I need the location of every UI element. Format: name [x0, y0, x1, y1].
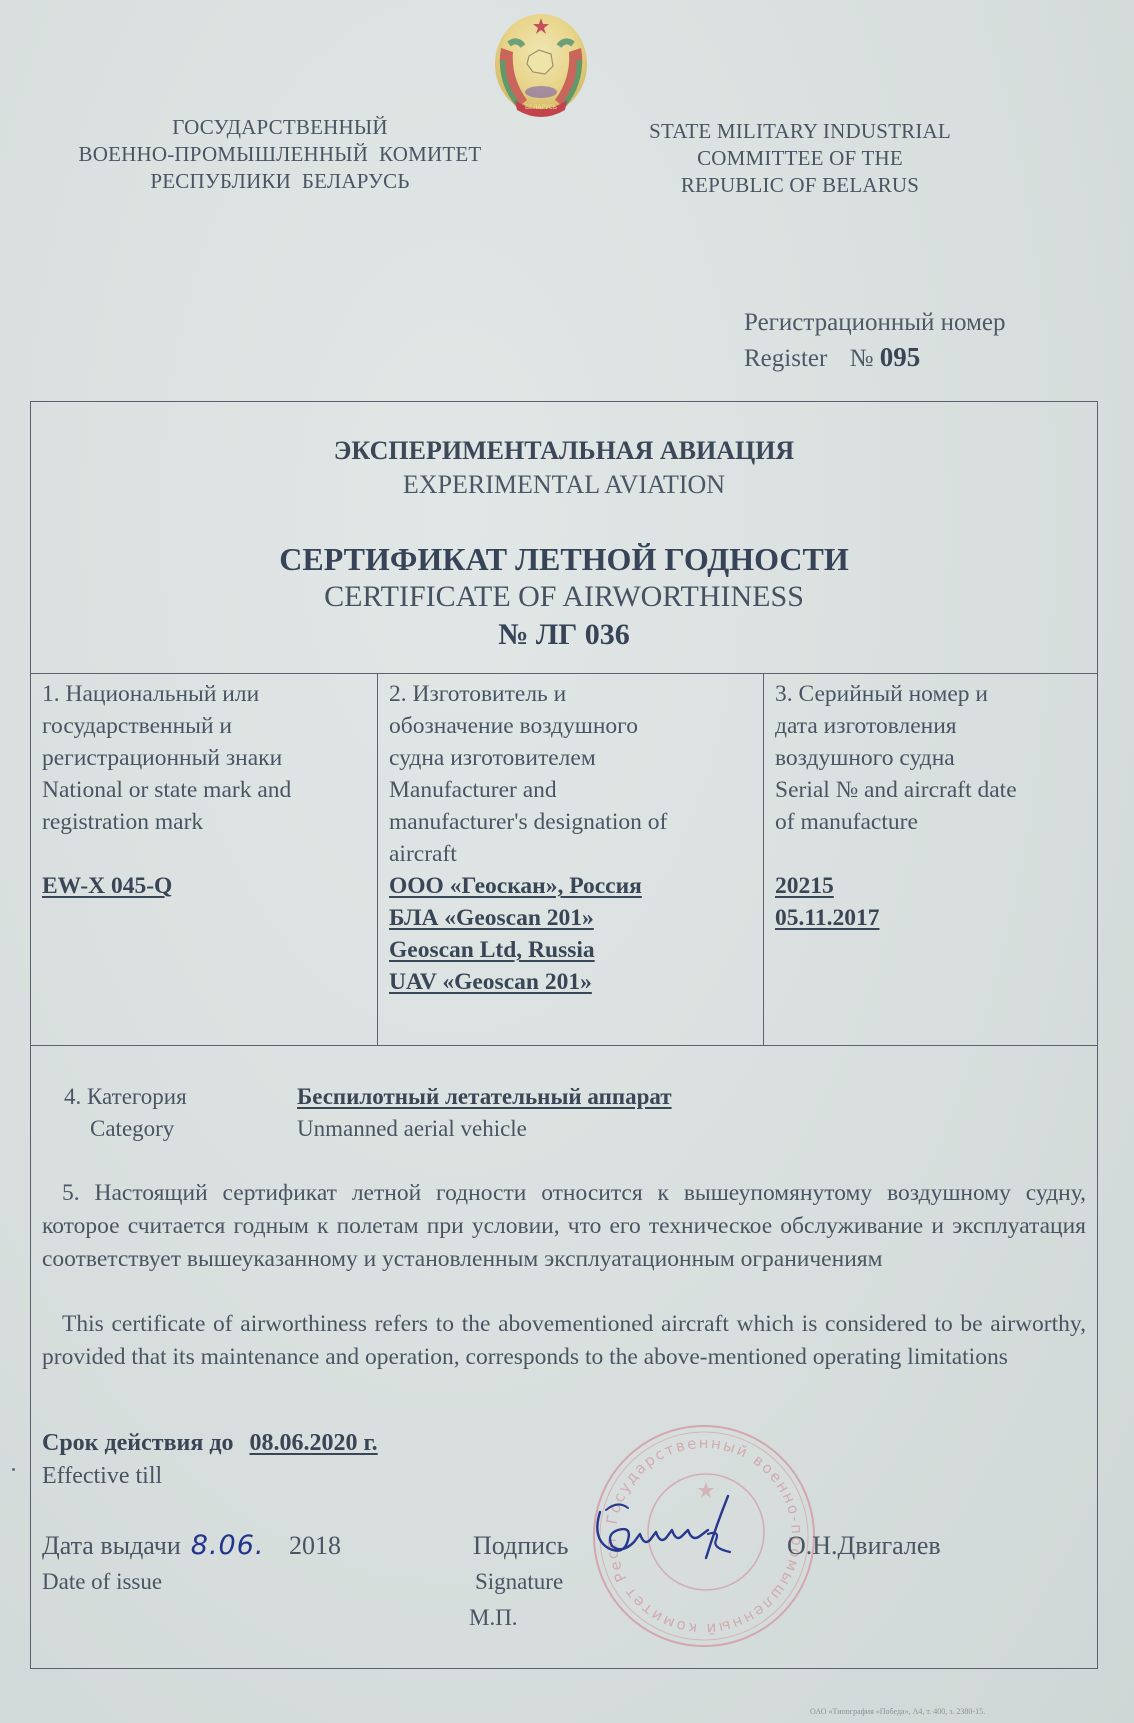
- field-label: of manufacture: [775, 806, 1095, 838]
- certificate-title-ru: СЕРТИФИКАТ ЛЕТНОЙ ГОДНОСТИ: [30, 541, 1098, 578]
- validity-date: 08.06.2020 г.: [249, 1430, 377, 1456]
- issuer-line: COMMITTEE OF THE: [600, 145, 1000, 172]
- field-label: дата изготовления: [775, 710, 1095, 742]
- aviation-category-ru: ЭКСПЕРИМЕНТАЛЬНАЯ АВИАЦИЯ: [30, 436, 1098, 466]
- field-manufacturer: 2. Изготовитель и обозначение воздушного…: [389, 678, 759, 998]
- divider: [30, 673, 1098, 674]
- divider: [30, 1045, 1098, 1046]
- seal-mark: М.П.: [469, 1600, 568, 1636]
- paper-speck: [12, 1468, 15, 1471]
- register-number: 095: [880, 342, 921, 372]
- issue-date-handwritten: 8.06.: [191, 1530, 265, 1561]
- aviation-category-en: EXPERIMENTAL AVIATION: [30, 470, 1098, 500]
- handwritten-signature-icon: [588, 1490, 808, 1570]
- category-value: Беспилотный летательный аппарат Unmanned…: [297, 1081, 672, 1145]
- number-sign: №: [850, 345, 874, 372]
- category-label-en: Category: [64, 1113, 187, 1145]
- register-number-block: Регистрационный номер Register № 095: [744, 305, 1006, 376]
- field-label: Serial № and aircraft date: [775, 774, 1095, 806]
- signature-label-en: Signature: [473, 1564, 568, 1600]
- field-label: 2. Изготовитель и: [389, 678, 759, 710]
- field-label: 3. Серийный номер и: [775, 678, 1095, 710]
- field-registration-mark: 1. Национальный или государственный и ре…: [42, 678, 372, 902]
- printer-imprint: ОАО «Типография «Победа», А4, т. 400, з.…: [810, 1707, 985, 1716]
- issuer-line: REPUBLIC OF BELARUS: [600, 172, 1000, 199]
- field-label: manufacturer's designation of: [389, 806, 759, 838]
- field-label: registration mark: [42, 806, 372, 838]
- signature-block: Подпись Signature М.П.: [473, 1528, 568, 1636]
- manufacture-date-value: 05.11.2017: [775, 902, 879, 934]
- issue-date-block: Дата выдачи8.06. 2018 Date of issue: [42, 1528, 341, 1600]
- aircraft-designation-value-en: UAV «Geoscan 201»: [389, 966, 592, 998]
- divider: [763, 673, 764, 1045]
- category-label-ru: 4. Категория: [64, 1081, 187, 1113]
- signature-label-ru: Подпись: [473, 1528, 568, 1564]
- issuer-line: ВОЕННО-ПРОМЫШЛЕННЫЙ КОМИТЕТ: [40, 141, 520, 168]
- manufacturer-value: ООО «Геоскан», Россия: [389, 870, 642, 902]
- field-label: воздушного судна: [775, 742, 1095, 774]
- issue-year: 2018: [289, 1531, 341, 1560]
- field-label: National or state mark and: [42, 774, 372, 806]
- field-label: aircraft: [389, 838, 759, 870]
- registration-mark-value: EW-X 045-Q: [42, 870, 172, 902]
- issue-label-ru: Дата выдачи: [42, 1531, 181, 1560]
- validity-label-en: Effective till: [42, 1460, 378, 1493]
- certificate-title-en: CERTIFICATE OF AIRWORTHINESS: [30, 580, 1098, 614]
- statement-en: This certificate of airworthiness refers…: [42, 1308, 1086, 1374]
- belarus-state-emblem-icon: БЕЛАРУСЬ: [487, 8, 595, 126]
- field-label: регистрационный знаки: [42, 742, 372, 774]
- issuer-line: STATE MILITARY INDUSTRIAL: [600, 118, 1000, 145]
- category-label: 4. Категория Category: [64, 1081, 187, 1145]
- validity-label-ru: Срок действия до: [42, 1430, 233, 1456]
- issue-label-en: Date of issue: [42, 1564, 341, 1600]
- issuer-line: ГОСУДАРСТВЕННЫЙ: [40, 114, 520, 141]
- field-label: судна изготовителем: [389, 742, 759, 774]
- field-label: государственный и: [42, 710, 372, 742]
- field-label: обозначение воздушного: [389, 710, 759, 742]
- register-label-en: Register: [744, 345, 827, 372]
- issuer-line: РЕСПУБЛИКИ БЕЛАРУСЬ: [40, 168, 520, 195]
- serial-number-value: 20215: [775, 870, 834, 902]
- aircraft-designation-value: БЛА «Geoscan 201»: [389, 902, 594, 934]
- field-label: Manufacturer and: [389, 774, 759, 806]
- field-label: 1. Национальный или: [42, 678, 372, 710]
- certificate-number: № ЛГ 036: [30, 618, 1098, 652]
- category-value-ru: Беспилотный летательный аппарат: [297, 1084, 672, 1109]
- category-value-en: Unmanned aerial vehicle: [297, 1113, 672, 1145]
- issuer-name-ru: ГОСУДАРСТВЕННЫЙ ВОЕННО-ПРОМЫШЛЕННЫЙ КОМИ…: [40, 114, 520, 195]
- issuer-name-en: STATE MILITARY INDUSTRIAL COMMITTEE OF T…: [600, 118, 1000, 199]
- manufacturer-value-en: Geoscan Ltd, Russia: [389, 934, 595, 966]
- validity-block: Срок действия до 08.06.2020 г. Effective…: [42, 1427, 378, 1493]
- register-label-ru: Регистрационный номер: [744, 305, 1006, 340]
- signer-name: О.Н.Двигалев: [787, 1528, 941, 1564]
- field-serial-number: 3. Серийный номер и дата изготовления во…: [775, 678, 1095, 934]
- statement-ru: 5. Настоящий сертификат летной годности …: [42, 1177, 1086, 1276]
- svg-text:БЕЛАРУСЬ: БЕЛАРУСЬ: [525, 104, 557, 111]
- divider: [377, 673, 378, 1045]
